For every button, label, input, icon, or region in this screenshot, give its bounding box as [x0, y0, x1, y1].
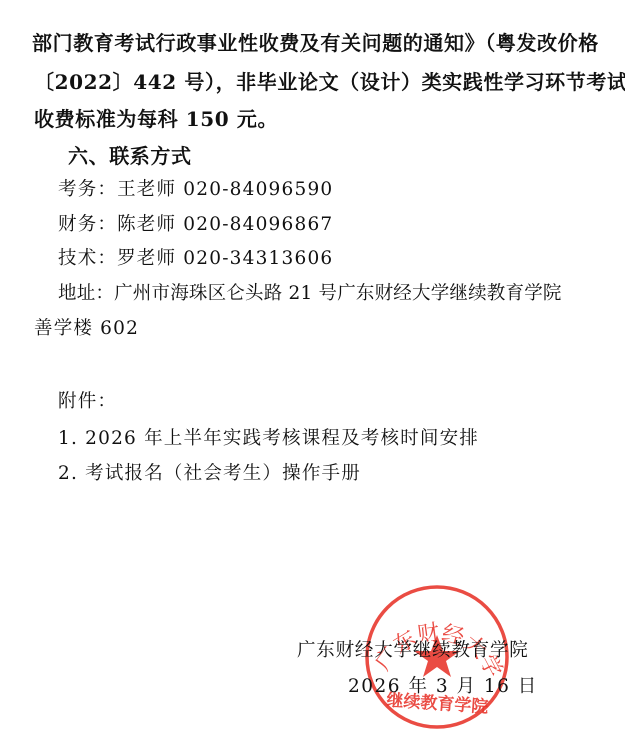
attachment-1[interactable]: 1. 2026 年上半年实践考核课程及考核时间安排 — [58, 424, 479, 450]
signature-organization: 广东财经大学继续教育学院 — [297, 636, 529, 662]
address-line-2: 善学楼 602 — [34, 314, 139, 340]
signature-date: 2026 年 3 月 16 日 — [348, 672, 538, 698]
paragraph-line-1: 部门教育考试行政事业性收费及有关问题的通知》（粤发改价格 — [32, 27, 599, 56]
paragraph-line-3: 收费标准为每科 150 元。 — [34, 103, 278, 132]
attachment-2[interactable]: 2. 考试报名（社会考生）操作手册 — [58, 459, 361, 485]
contact-finance: 财务：陈老师 020-84096867 — [58, 210, 333, 236]
contact-exam: 考务：王老师 020-84096590 — [58, 175, 333, 201]
section-heading: 六、联系方式 — [68, 140, 192, 169]
attachments-label: 附件： — [58, 387, 117, 413]
address-line-1: 地址：广州市海珠区仑头路 21 号广东财经大学继续教育学院 — [58, 279, 562, 305]
contact-tech: 技术：罗老师 020-34313606 — [58, 244, 333, 270]
paragraph-line-2: 〔2022〕442 号），非毕业论文（设计）类实践性学习环节考试 — [34, 66, 625, 95]
